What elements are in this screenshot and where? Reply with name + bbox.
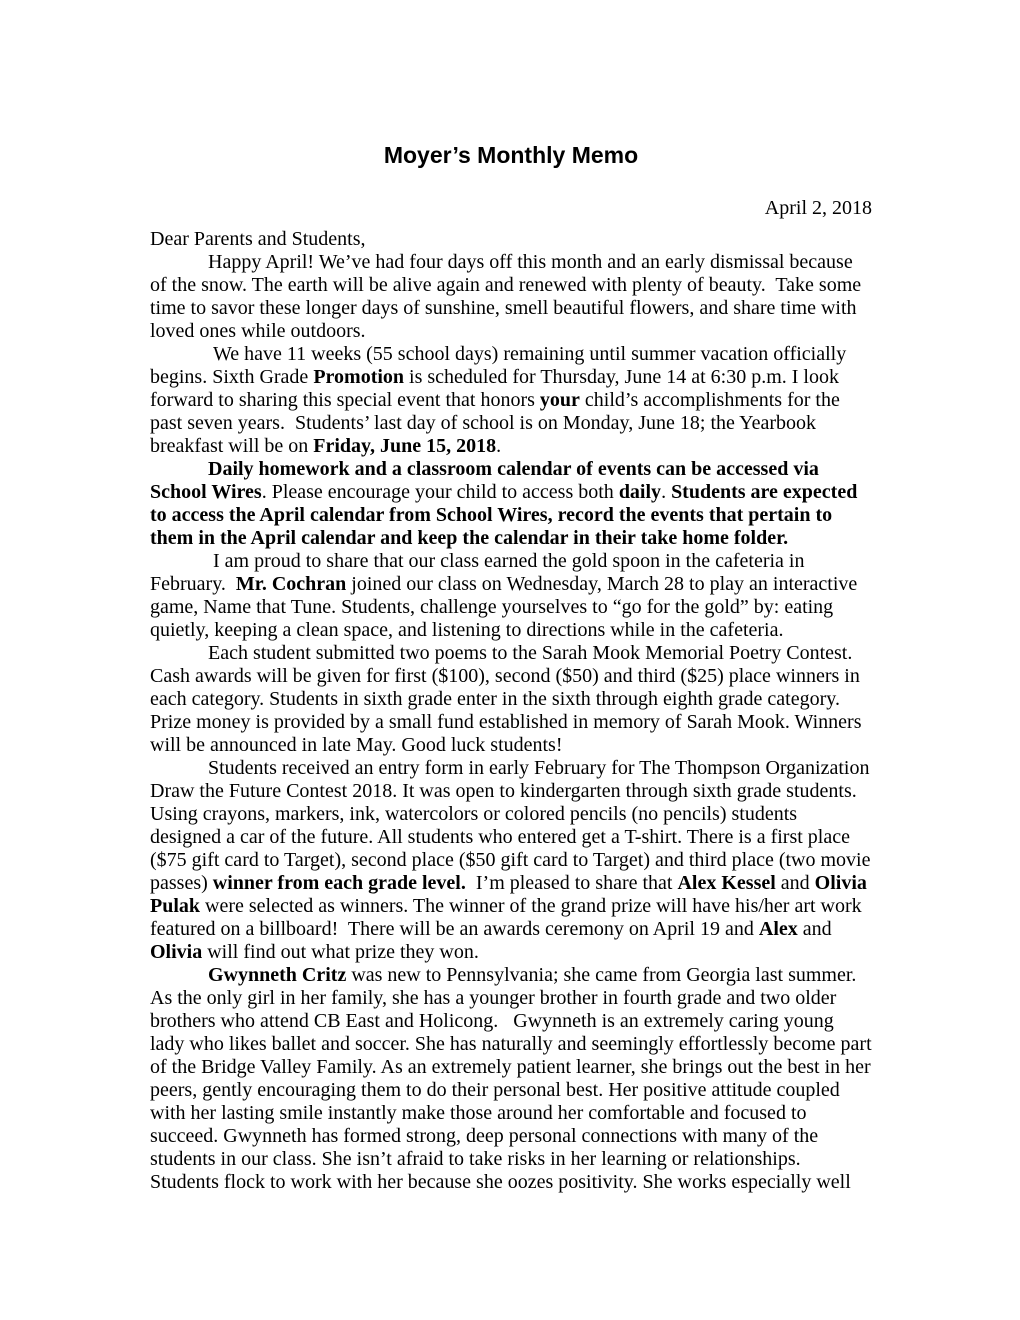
text-run: .	[661, 481, 671, 503]
page-title: Moyer’s Monthly Memo	[150, 142, 872, 169]
memo-page: Moyer’s Monthly Memo April 2, 2018 Dear …	[0, 0, 1020, 1320]
paragraph: Students received an entry form in early…	[150, 757, 872, 964]
text-run: will find out what prize they won.	[202, 941, 479, 963]
salutation: Dear Parents and Students,	[150, 228, 872, 251]
paragraph: Each student submitted two poems to the …	[150, 642, 872, 757]
text-run: was new to Pennsylvania; she came from G…	[150, 964, 877, 1193]
text-run: Each student submitted two poems to the …	[150, 642, 866, 756]
text-run: and	[798, 918, 837, 940]
text-run: . Please encourage your child to access …	[262, 481, 619, 503]
bold-text-run: Mr. Cochran	[236, 573, 346, 595]
text-run: .	[496, 435, 501, 457]
paragraph: I am proud to share that our class earne…	[150, 550, 872, 642]
paragraph: Gwynneth Critz was new to Pennsylvania; …	[150, 964, 872, 1194]
text-run: I’m pleased to share that	[466, 872, 678, 894]
text-run: and	[776, 872, 815, 894]
bold-text-run: your	[540, 389, 580, 411]
bold-text-run: Promotion	[313, 366, 404, 388]
memo-date: April 2, 2018	[150, 197, 872, 220]
bold-text-run: Alex	[759, 918, 798, 940]
bold-text-run: winner from each grade level.	[213, 872, 466, 894]
bold-text-run: Gwynneth Critz	[208, 964, 346, 986]
bold-text-run: Alex Kessel	[677, 872, 775, 894]
bold-text-run: Olivia	[150, 941, 202, 963]
body-paragraphs: Happy April! We’ve had four days off thi…	[150, 251, 872, 1194]
bold-text-run: daily	[619, 481, 661, 503]
paragraph: We have 11 weeks (55 school days) remain…	[150, 343, 872, 458]
bold-text-run: Friday, June 15, 2018	[313, 435, 496, 457]
paragraph: Happy April! We’ve had four days off thi…	[150, 251, 872, 343]
text-run: Happy April! We’ve had four days off thi…	[150, 251, 866, 342]
paragraph: Daily homework and a classroom calendar …	[150, 458, 872, 550]
